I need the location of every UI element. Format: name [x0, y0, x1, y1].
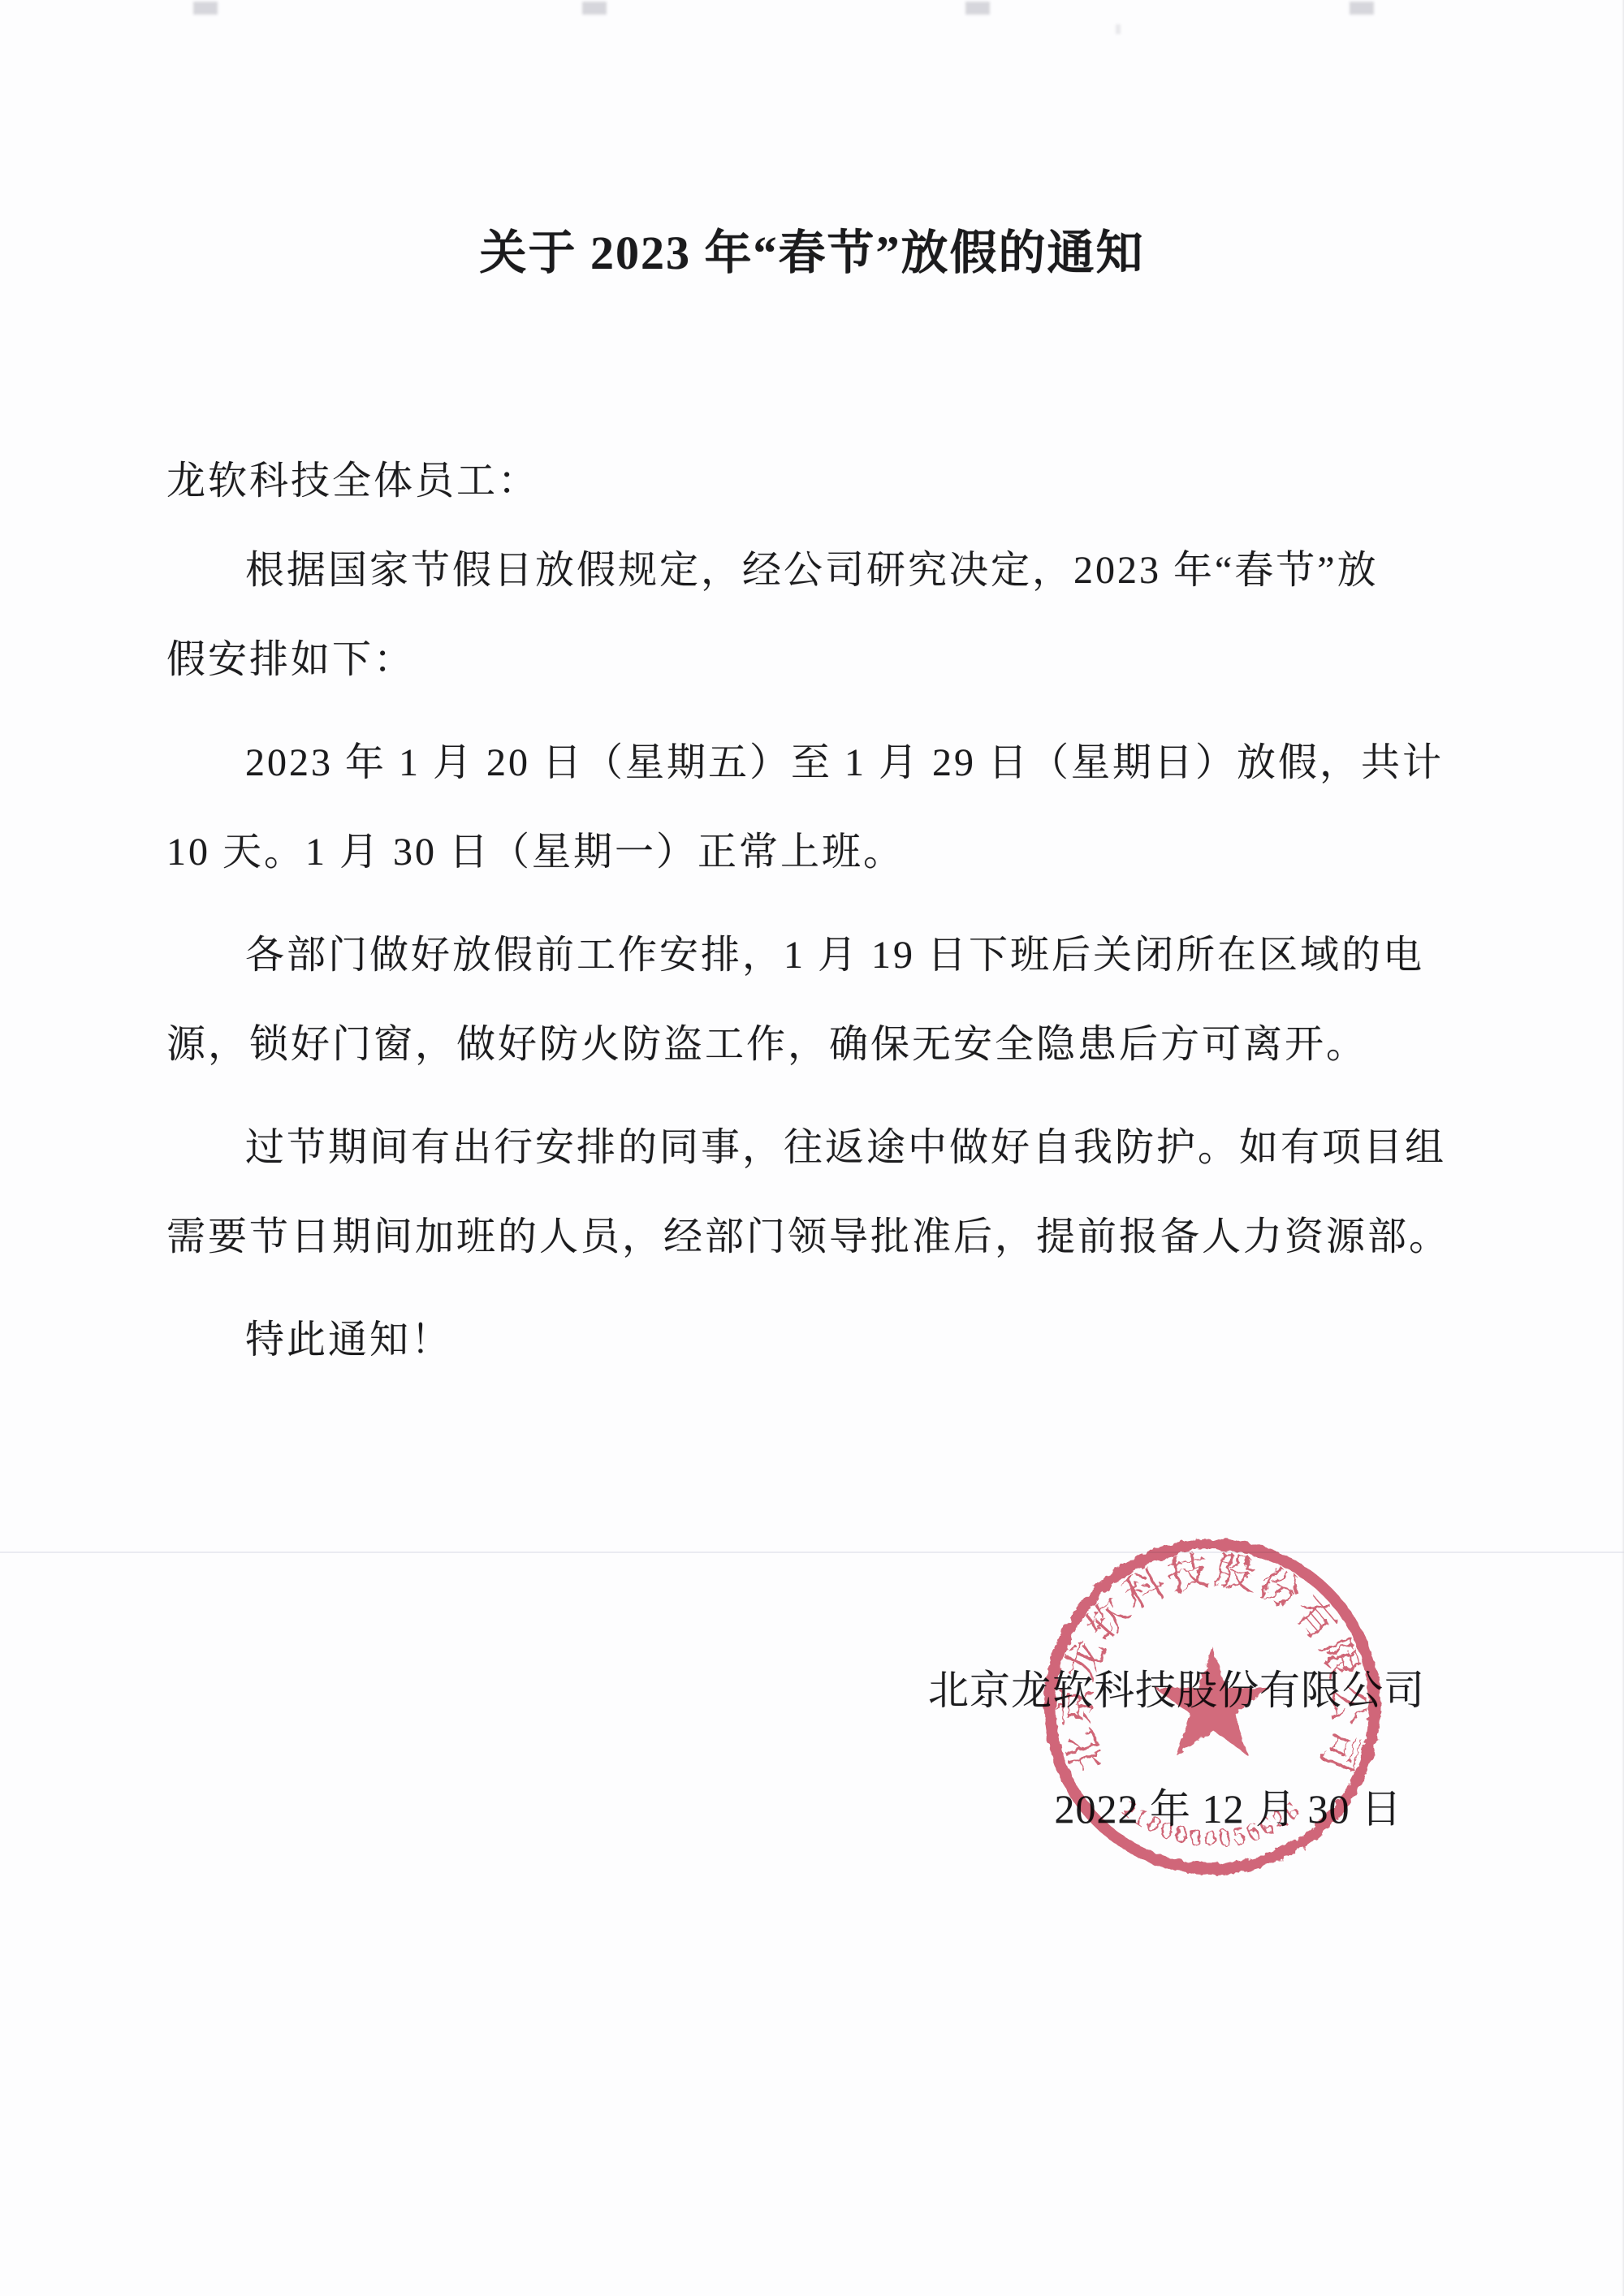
paragraph-line: 根据国家节假日放假规定，经公司研究决定，2023 年“春节”放 — [166, 526, 1458, 615]
paragraph-line: 各部门做好放假前工作安排，1 月 19 日下班后关闭所在区域的电 — [166, 911, 1458, 1000]
paragraph-line: 假安排如下： — [166, 615, 1458, 705]
paragraph-line: 10 天。1 月 30 日（星期一）正常上班。 — [166, 808, 1458, 897]
scan-artifact — [1116, 24, 1121, 34]
scan-artifact — [965, 2, 990, 15]
seal-star-icon — [1155, 1646, 1271, 1756]
salutation: 龙软科技全体员工： — [166, 437, 1458, 526]
paragraph: 根据国家节假日放假规定，经公司研究决定，2023 年“春节”放 假安排如下： — [166, 526, 1458, 705]
scan-artifact — [193, 2, 218, 15]
seal-serial-number: 1100000056626 — [1117, 1795, 1308, 1852]
paragraph-line: 特此通知！ — [166, 1296, 1458, 1385]
paragraph-line: 源，锁好门窗，做好防火防盗工作，确保无安全隐患后方可离开。 — [166, 1000, 1458, 1090]
scan-artifact — [1350, 2, 1374, 15]
paragraph-line: 需要节日期间加班的人员，经部门领导批准后，提前报备人力资源部。 — [166, 1193, 1458, 1282]
paragraph-line: 2023 年 1 月 20 日（星期五）至 1 月 29 日（星期日）放假，共计 — [166, 719, 1458, 808]
paragraph: 特此通知！ — [166, 1296, 1458, 1385]
company-seal: 北京龙软科技股份有限公司 1100000056626 — [1026, 1520, 1399, 1893]
scan-artifact — [582, 2, 607, 15]
paragraph: 2023 年 1 月 20 日（星期五）至 1 月 29 日（星期日）放假，共计… — [166, 719, 1458, 897]
paragraph: 各部门做好放假前工作安排，1 月 19 日下班后关闭所在区域的电 源，锁好门窗，… — [166, 911, 1458, 1090]
paragraph: 过节期间有出行安排的同事，往返途中做好自我防护。如有项目组 需要节日期间加班的人… — [166, 1103, 1458, 1282]
document-page: 关于 2023 年“春节”放假的通知 龙软科技全体员工： 根据国家节假日放假规定… — [0, 0, 1624, 2296]
paragraph-line: 过节期间有出行安排的同事，往返途中做好自我防护。如有项目组 — [166, 1103, 1458, 1193]
document-title: 关于 2023 年“春节”放假的通知 — [166, 0, 1458, 302]
document-body: 关于 2023 年“春节”放假的通知 龙软科技全体员工： 根据国家节假日放假规定… — [0, 0, 1624, 1385]
